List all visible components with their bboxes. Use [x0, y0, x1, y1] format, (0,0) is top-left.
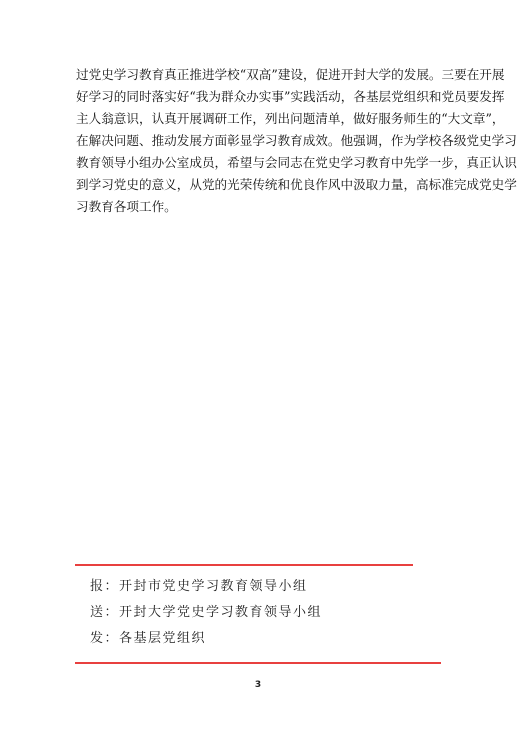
- page-number: 3: [252, 680, 264, 690]
- body-line: 好学习的同时落实好“我为群众办实事”实践活动，各基层党组织和党员要发挥: [76, 86, 440, 108]
- body-line: 过党史学习教育真正推进学校“双高”建设，促进开封大学的发展。三要在开展: [76, 64, 440, 86]
- body-line: 到学习党史的意义，从党的光荣传统和优良作风中汲取力量，高标准完成党史学: [76, 174, 440, 196]
- body-line: 教育领导小组办公室成员，希望与会同志在党史学习教育中先学一步，真正认识: [76, 152, 440, 174]
- body-line: 习教育各项工作。: [76, 196, 440, 218]
- distribution-list: 报：开封市党史学习教育领导小组 送：开封大学党史学习教育领导小组 发：各基层党组…: [90, 574, 322, 652]
- top-divider-rule: [75, 564, 413, 566]
- document-page: 过党史学习教育真正推进学校“双高”建设，促进开封大学的发展。三要在开展 好学习的…: [0, 0, 517, 734]
- report-to-line: 报：开封市党史学习教育领导小组: [90, 574, 322, 600]
- body-line: 在解决问题、推动发展方面彰显学习教育成效。他强调，作为学校各级党史学习: [76, 130, 440, 152]
- bottom-divider-rule: [75, 662, 441, 664]
- issue-to-line: 发：各基层党组织: [90, 626, 322, 652]
- send-to-line: 送：开封大学党史学习教育领导小组: [90, 600, 322, 626]
- body-line: 主人翁意识，认真开展调研工作，列出问题清单，做好服务师生的“大文章”，: [76, 108, 440, 130]
- body-paragraph: 过党史学习教育真正推进学校“双高”建设，促进开封大学的发展。三要在开展 好学习的…: [76, 64, 440, 218]
